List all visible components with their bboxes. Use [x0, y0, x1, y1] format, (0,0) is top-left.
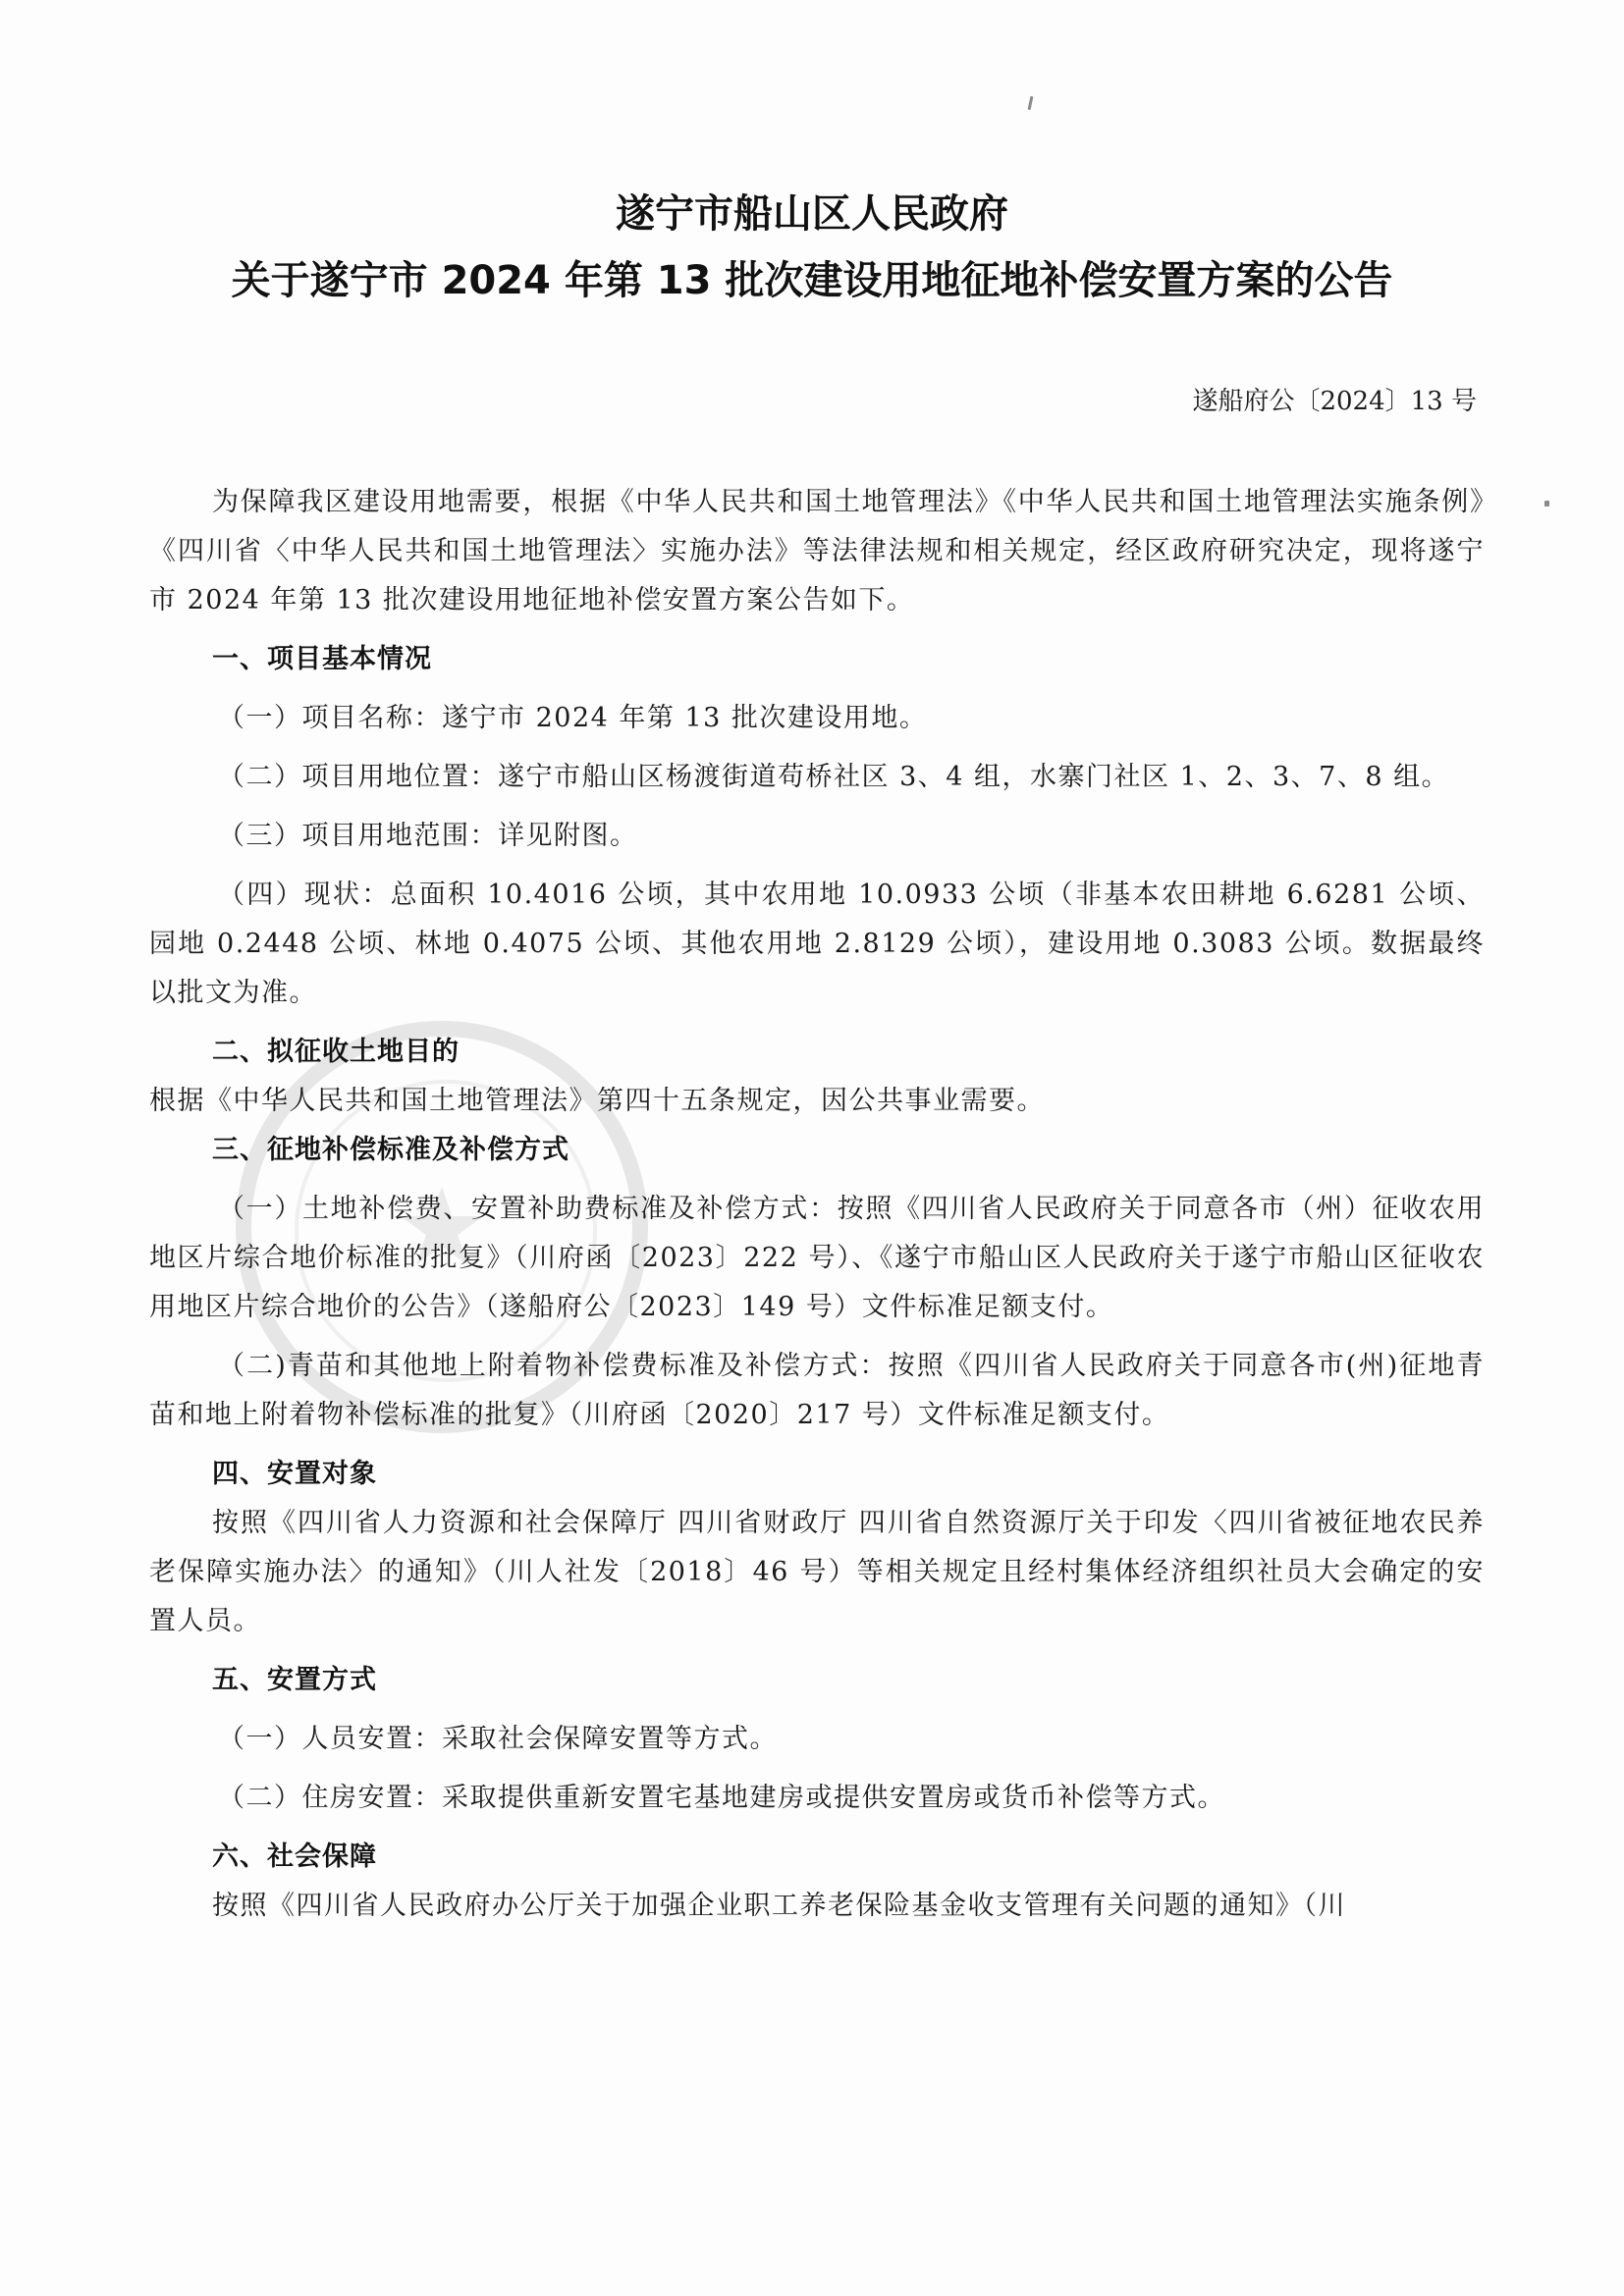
section-6-text: 按照《四川省人民政府办公厅关于加强企业职工养老保险基金收支管理有关问题的通知》（… — [149, 1882, 1485, 1931]
notice-title: 关于遂宁市 2024 年第 13 批次建设用地征地补偿安置方案的公告 — [0, 249, 1624, 305]
section-5-item-2: （二）住房安置：采取提供重新安置宅基地建房或提供安置房或货币补偿等方式。 — [149, 1774, 1485, 1823]
section-3-item-1: （一）土地补偿费、安置补助费标准及补偿方式：按照《四川省人民政府关于同意各市（州… — [149, 1185, 1485, 1332]
section-5-item-1: （一）人员安置：采取社会保障安置等方式。 — [149, 1715, 1485, 1764]
scan-artifact — [1544, 501, 1549, 507]
section-heading-2: 二、拟征收土地目的 — [149, 1028, 1485, 1077]
section-1-item-2: （二）项目用地位置：遂宁市船山区杨渡街道苟桥社区 3、4 组，水寨门社区 1、2… — [149, 753, 1485, 802]
document-number: 遂船府公〔2024〕13 号 — [1192, 381, 1477, 417]
section-heading-5: 五、安置方式 — [149, 1656, 1485, 1705]
section-1-item-4: （四）现状：总面积 10.4016 公顷，其中农用地 10.0933 公顷（非基… — [149, 871, 1485, 1018]
section-heading-6: 六、社会保障 — [149, 1833, 1485, 1882]
section-1-item-3: （三）项目用地范围：详见附图。 — [149, 812, 1485, 861]
section-heading-4: 四、安置对象 — [149, 1450, 1485, 1499]
issuer-title: 遂宁市船山区人民政府 — [0, 183, 1624, 239]
section-1-item-1: （一）项目名称：遂宁市 2024 年第 13 批次建设用地。 — [149, 694, 1485, 743]
document-page: ★ 遂宁市船山区人民政府 关于遂宁市 2024 年第 13 批次建设用地征地补偿… — [0, 0, 1624, 2296]
intro-paragraph: 为保障我区建设用地需要，根据《中华人民共和国土地管理法》《中华人民共和国土地管理… — [149, 478, 1485, 625]
section-heading-1: 一、项目基本情况 — [149, 635, 1485, 684]
section-2-text: 根据《中华人民共和国土地管理法》第四十五条规定，因公共事业需要。 — [149, 1077, 1485, 1126]
section-3-item-2: （二)青苗和其他地上附着物补偿费标准及补偿方式：按照《四川省人民政府关于同意各市… — [149, 1342, 1485, 1440]
section-4-text: 按照《四川省人力资源和社会保障厅 四川省财政厅 四川省自然资源厅关于印发〈四川省… — [149, 1499, 1485, 1646]
document-body: 为保障我区建设用地需要，根据《中华人民共和国土地管理法》《中华人民共和国土地管理… — [149, 478, 1485, 1931]
scan-artifact — [1028, 96, 1034, 110]
section-heading-3: 三、征地补偿标准及补偿方式 — [149, 1126, 1485, 1175]
